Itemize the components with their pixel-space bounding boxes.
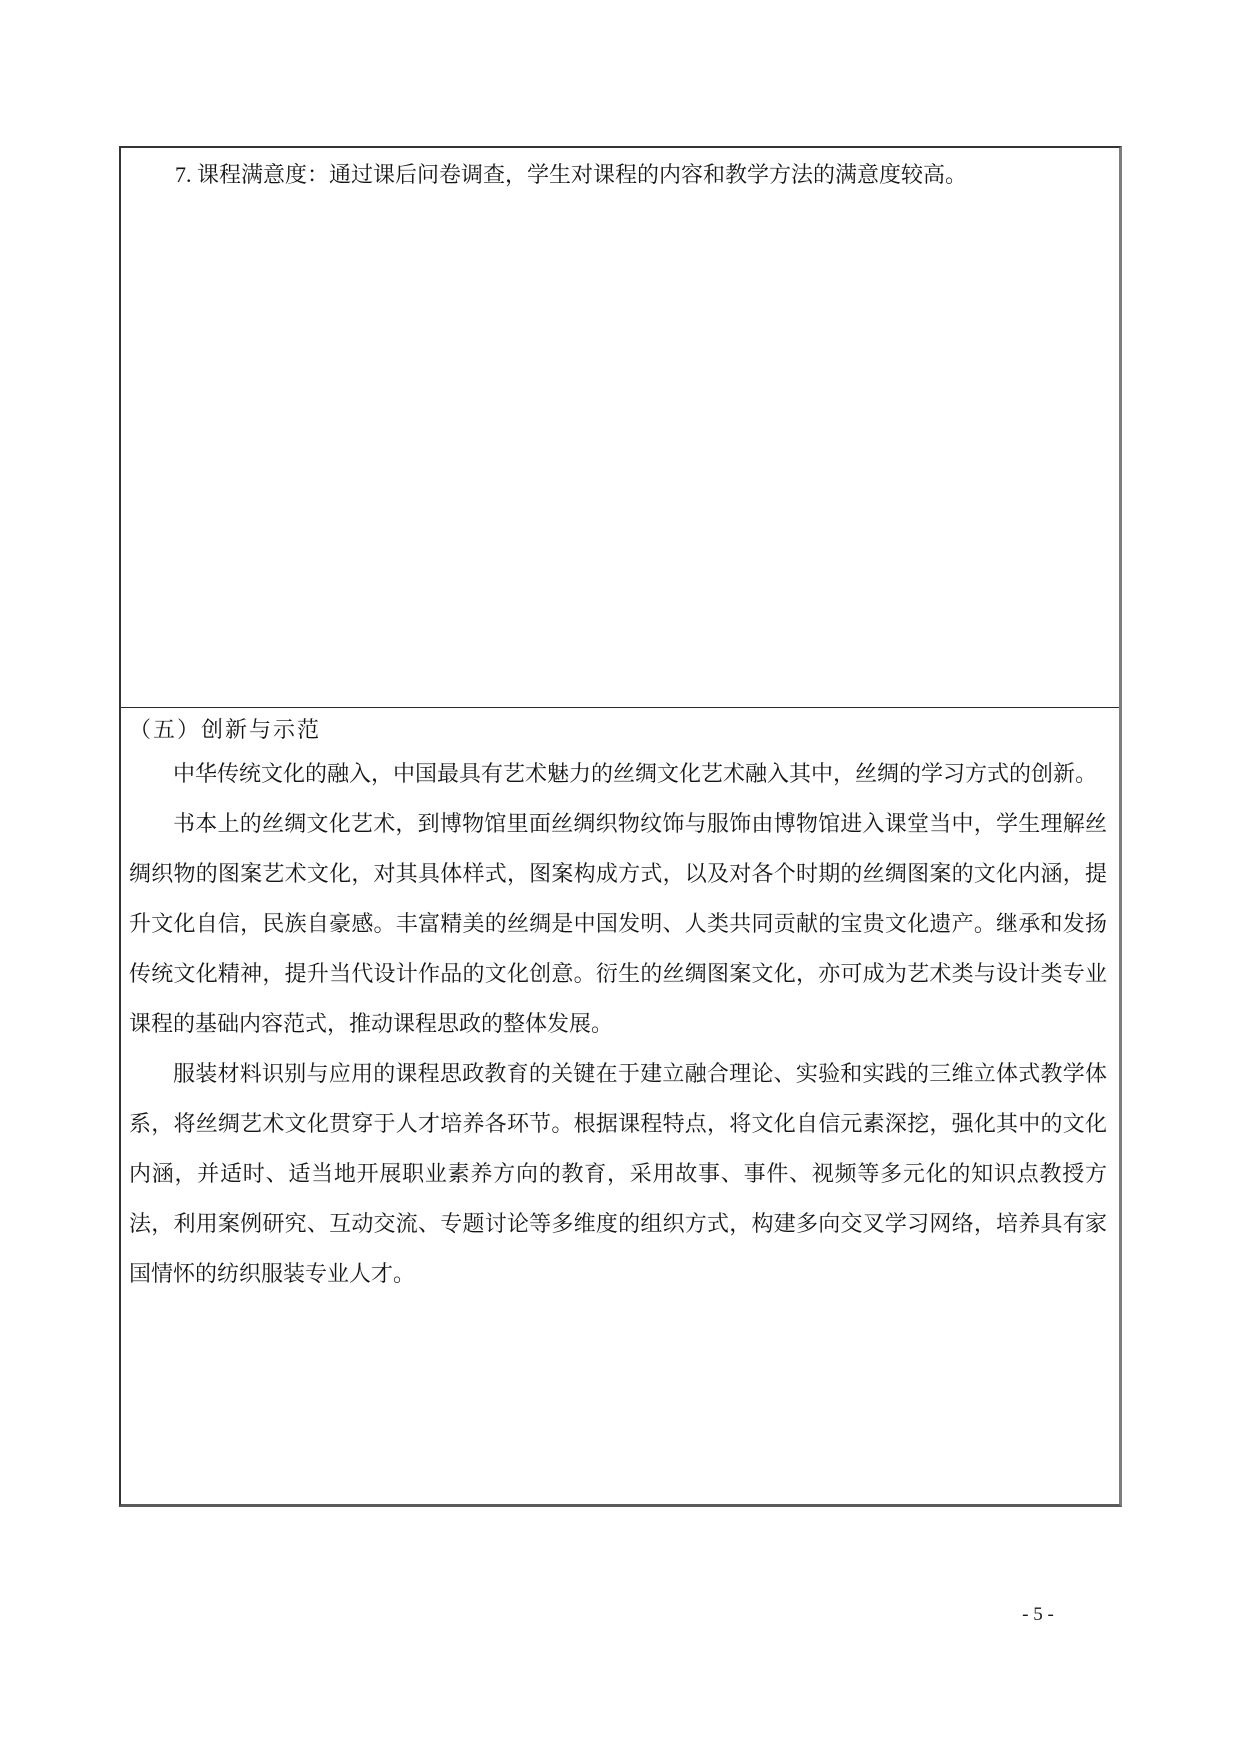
evaluation-table: 7. 课程满意度：通过课后问卷调查，学生对课程的内容和教学方法的满意度较高。 （…: [119, 146, 1122, 1507]
table-cell-course-satisfaction: 7. 课程满意度：通过课后问卷调查，学生对课程的内容和教学方法的满意度较高。: [121, 148, 1119, 708]
paragraph-course-satisfaction: 7. 课程满意度：通过课后问卷调查，学生对课程的内容和教学方法的满意度较高。: [131, 154, 1107, 196]
paragraph-teaching-system: 服装材料识别与应用的课程思政教育的关键在于建立融合理论、实验和实践的三维立体式教…: [129, 1049, 1107, 1299]
page-number: - 5 -: [993, 1604, 1083, 1626]
paragraph-silk-museum-teaching: 书本上的丝绸文化艺术，到博物馆里面丝绸织物纹饰与服饰由博物馆进入课堂当中，学生理…: [129, 799, 1107, 1049]
table-cell-innovation-demonstration: （五）创新与示范 中华传统文化的融入，中国最具有艺术魅力的丝绸文化艺术融入其中，…: [121, 708, 1119, 1503]
paragraph-culture-integration: 中华传统文化的融入，中国最具有艺术魅力的丝绸文化艺术融入其中，丝绸的学习方式的创…: [129, 749, 1107, 799]
document-page: 7. 课程满意度：通过课后问卷调查，学生对课程的内容和教学方法的满意度较高。 （…: [0, 0, 1240, 1753]
section-heading-innovation: （五）创新与示范: [129, 711, 1107, 749]
